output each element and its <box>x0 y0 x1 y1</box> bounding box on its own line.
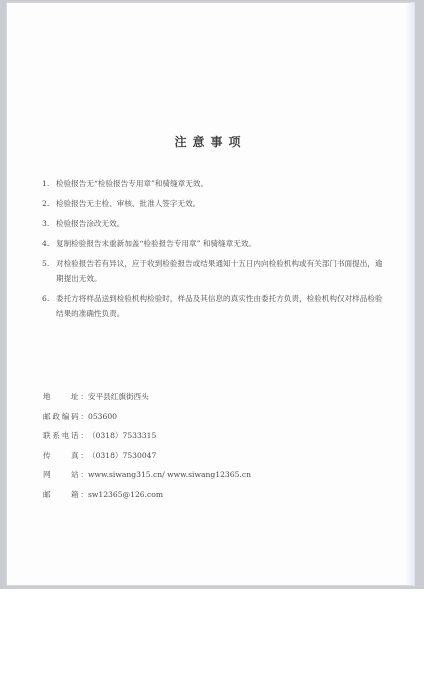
note-number: 5. <box>42 256 49 271</box>
contact-value: （0318）7530047 <box>88 446 156 466</box>
note-text: 检验报告无主检、审核、批准人签字无效。 <box>56 199 200 208</box>
note-item: 2. 检验报告无主检、审核、批准人签字无效。 <box>42 196 387 211</box>
contact-value: www.siwang315.cn/ www.siwang12365.cn <box>88 465 251 485</box>
contact-fax: 传 真： （0318）7530047 <box>43 446 251 466</box>
contact-website: 网 站： www.siwang315.cn/ www.siwang12365.c… <box>43 465 251 485</box>
document-page: 注意事项 1. 检验报告无“检验报告专用章”和骑缝章无效。 2. 检验报告无主检… <box>6 2 415 586</box>
note-number: 1. <box>42 176 49 191</box>
note-number: 4. <box>42 236 49 251</box>
note-text: 对检验报告若有异议，应于收到检验报告或结果通知十五日内向检验机构或有关部门书面提… <box>56 259 383 283</box>
note-item: 6. 委托方将样品送到检验机构检验时，样品及其信息的真实性由委托方负责，检验机构… <box>42 291 387 321</box>
contact-label: 邮政编码： <box>43 407 88 427</box>
note-item: 3. 检验报告涂改无效。 <box>42 216 387 231</box>
note-text: 检验报告涂改无效。 <box>56 219 124 228</box>
contact-phone: 联系电话： （0318）7533315 <box>43 426 251 446</box>
note-text: 委托方将样品送到检验机构检验时，样品及其信息的真实性由委托方负责，检验机构仅对样… <box>56 294 383 318</box>
note-number: 6. <box>42 291 49 306</box>
note-number: 2. <box>42 196 49 211</box>
scan-frame: 注意事项 1. 检验报告无“检验报告专用章”和骑缝章无效。 2. 检验报告无主检… <box>0 0 424 589</box>
contact-value: （0318）7533315 <box>88 426 156 446</box>
contact-label: 传 真： <box>43 446 88 466</box>
note-item: 4. 复制检验报告未重新加盖“检验报告专用章” 和骑缝章无效。 <box>42 236 387 251</box>
note-item: 5. 对检验报告若有异议，应于收到检验报告或结果通知十五日内向检验机构或有关部门… <box>42 256 387 286</box>
contact-postcode: 邮政编码： 053600 <box>43 407 251 427</box>
note-item: 1. 检验报告无“检验报告专用章”和骑缝章无效。 <box>42 176 387 191</box>
page-title: 注意事项 <box>6 133 415 150</box>
contact-value: 安平县红旗街西头 <box>88 387 149 407</box>
contact-email: 邮 箱： sw12365@126.com <box>43 485 251 505</box>
note-number: 3. <box>42 216 49 231</box>
contact-label: 邮 箱： <box>43 485 88 505</box>
contact-label: 联系电话： <box>43 426 88 446</box>
contact-info: 地 址： 安平县红旗街西头 邮政编码： 053600 联系电话： （0318）7… <box>43 387 251 504</box>
note-text: 复制检验报告未重新加盖“检验报告专用章” 和骑缝章无效。 <box>56 239 256 248</box>
contact-label: 地 址： <box>43 387 88 407</box>
contact-value: 053600 <box>88 407 117 427</box>
notes-list: 1. 检验报告无“检验报告专用章”和骑缝章无效。 2. 检验报告无主检、审核、批… <box>42 176 387 326</box>
note-text: 检验报告无“检验报告专用章”和骑缝章无效。 <box>56 179 208 188</box>
contact-label: 网 站： <box>43 465 88 485</box>
contact-address: 地 址： 安平县红旗街西头 <box>43 387 251 407</box>
contact-value: sw12365@126.com <box>88 485 163 505</box>
